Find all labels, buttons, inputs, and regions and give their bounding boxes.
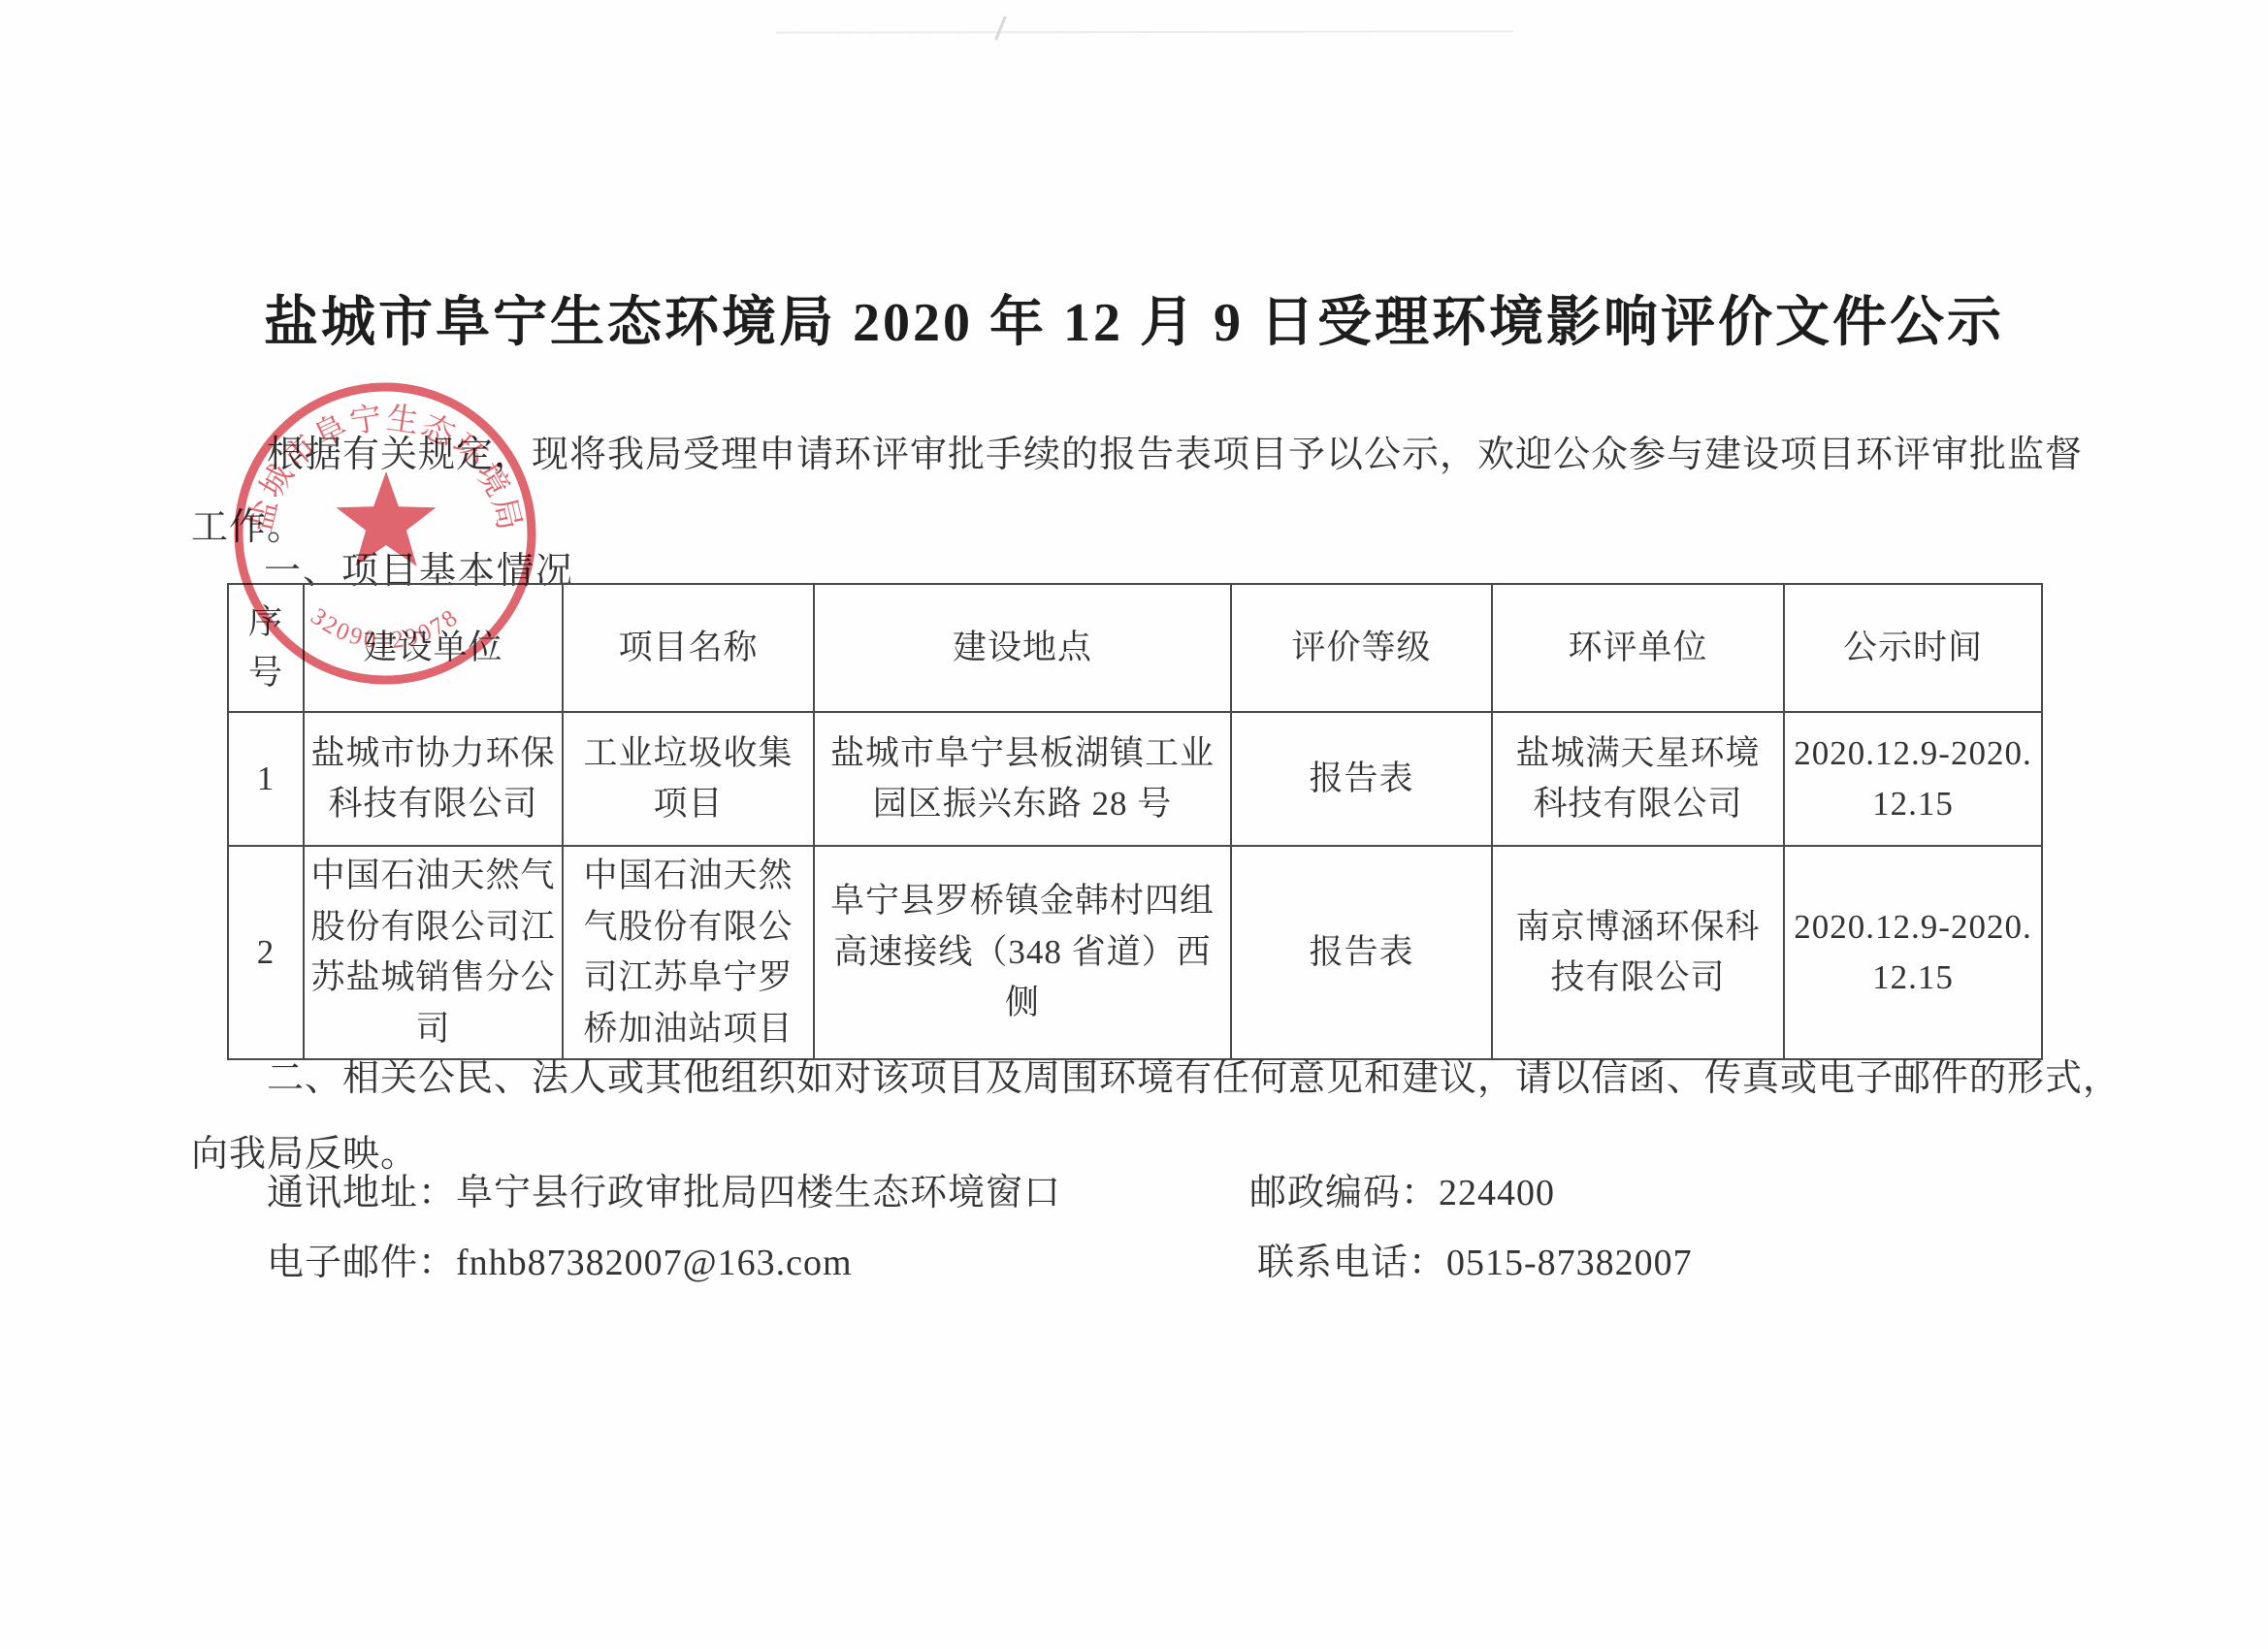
header-cell-level: 评价等级	[1231, 584, 1492, 712]
cell-level: 报告表	[1231, 846, 1492, 1059]
table-row: 2 中国石油天然气股份有限公司江苏盐城销售分公司 中国石油天然气股份有限公司江苏…	[228, 846, 2042, 1059]
email-label: 电子邮件：	[267, 1243, 456, 1283]
address-label: 通讯地址：	[267, 1173, 456, 1213]
official-seal-stamp: 盐城市阜宁生态环境局 32090129078	[223, 372, 547, 695]
table-row: 1 盐城市协力环保科技有限公司 工业垃圾收集项目 盐城市阜宁县板湖镇工业园区振兴…	[228, 712, 2042, 846]
postcode-label: 邮政编码：	[1249, 1173, 1439, 1213]
page-title: 盐城市阜宁生态环境局 2020 年 12 月 9 日受理环境影响评价文件公示	[0, 279, 2268, 357]
phone-value: 0515-87382007	[1446, 1243, 1693, 1283]
cell-agency: 盐城满天星环境科技有限公司	[1492, 712, 1784, 846]
header-cell-location: 建设地点	[814, 584, 1231, 712]
cell-project: 工业垃圾收集项目	[563, 712, 814, 846]
cell-agency: 南京博涵环保科技有限公司	[1492, 846, 1784, 1059]
contact-phone-line: 联系电话：0515-87382007	[1257, 1232, 1693, 1285]
cell-project: 中国石油天然气股份有限公司江苏阜宁罗桥加油站项目	[563, 846, 814, 1059]
postcode-value: 224400	[1439, 1173, 1555, 1213]
header-cell-period: 公示时间	[1784, 584, 2042, 712]
header-cell-project: 项目名称	[563, 584, 814, 712]
address-value: 阜宁县行政审批局四楼生态环境窗口	[456, 1173, 1061, 1213]
cell-no: 2	[228, 846, 304, 1059]
header-cell-agency: 环评单位	[1492, 584, 1784, 712]
section2-line-1: 二、相关公民、法人或其他组织如对该项目及周围环境有任何意见和建议，请以信函、传真…	[267, 1048, 2121, 1101]
contact-address-line: 通讯地址：阜宁县行政审批局四楼生态环境窗口	[267, 1162, 1061, 1215]
stamp-code-textpath: 32090129078	[306, 603, 465, 654]
cell-no: 1	[228, 712, 304, 846]
phone-label: 联系电话：	[1257, 1243, 1446, 1283]
scan-artifact	[776, 30, 1513, 33]
cell-builder: 中国石油天然气股份有限公司江苏盐城销售分公司	[304, 846, 563, 1059]
document-page: 盐城市阜宁生态环境局 2020 年 12 月 9 日受理环境影响评价文件公示 根…	[0, 0, 2268, 1649]
cell-period: 2020.12.9-2020.12.15	[1784, 712, 2042, 846]
cell-period: 2020.12.9-2020.12.15	[1784, 846, 2042, 1059]
cell-location: 阜宁县罗桥镇金韩村四组高速接线（348 省道）西侧	[814, 846, 1231, 1059]
stamp-code-text: 32090129078	[306, 603, 465, 654]
cell-builder: 盐城市协力环保科技有限公司	[304, 712, 563, 846]
contact-postcode-line: 邮政编码：224400	[1249, 1162, 1555, 1215]
star-icon	[337, 471, 437, 566]
scan-artifact	[994, 16, 1007, 40]
cell-location: 盐城市阜宁县板湖镇工业园区振兴东路 28 号	[814, 712, 1231, 846]
cell-level: 报告表	[1231, 712, 1492, 846]
email-value: fnhb87382007@163.com	[456, 1243, 853, 1283]
contact-email-line: 电子邮件：fnhb87382007@163.com	[267, 1232, 853, 1285]
